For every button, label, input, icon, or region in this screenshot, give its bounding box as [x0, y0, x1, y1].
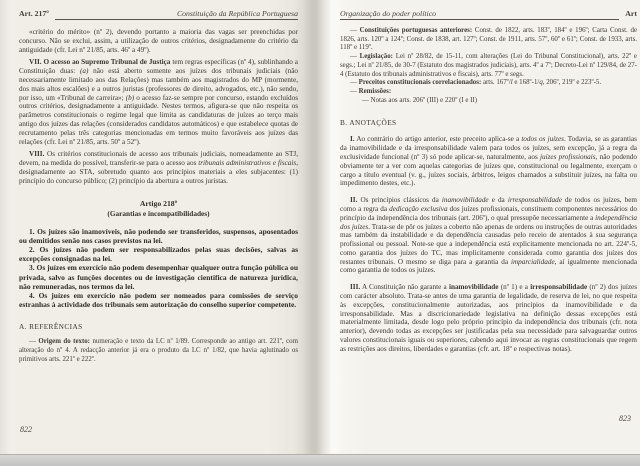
article-subheading: (Garantias e incompatibilidades) [19, 209, 298, 218]
reference-origem: — Origem do texto: numeração e texto da … [19, 338, 298, 364]
article-clauses: 1. Os juízes são inamovíveis, não podend… [19, 227, 298, 310]
paragraph-continuation: «critério do mérito» (nº 2), devendo por… [19, 28, 298, 54]
clause-2: 2. Os juízes não podem ser responsabiliz… [19, 245, 298, 263]
paragraph-vii: VII. O acesso ao Supremo Tribunal de Jus… [19, 58, 298, 146]
scanner-background-strip [0, 454, 640, 466]
section-b-heading: B. ANOTAÇÕES [340, 118, 637, 127]
article-heading: Artigo 218º [19, 199, 298, 208]
annotation-ii: II. Os princípios clássicos da inamovibi… [340, 196, 637, 275]
book-title: Constituição da República Portuguesa [55, 9, 298, 18]
header-rule-right: Organização do poder político [340, 9, 619, 20]
reference-remissoes-nota: — Notas aos arts. 206º (III) e 220º (I e… [340, 97, 637, 106]
paragraph-viii: VIII. Os critérios constitucionais de ac… [19, 150, 298, 185]
reference-legislacao: — Legislação: Lei nº 28/82, de 15-11, co… [340, 53, 637, 79]
clause-1: 1. Os juízes são inamovíveis, não podend… [19, 227, 298, 245]
reference-constituicoes: — Constituições portuguesas anteriores: … [340, 27, 637, 53]
annotation-iii: III. A Constituição não garante a inamov… [340, 283, 637, 353]
running-header-right: Organização do poder político Art [340, 9, 637, 20]
running-header-left: Art. 217º Constituição da República Port… [19, 9, 298, 20]
clause-4: 4. Os juízes em exercício não podem ser … [19, 291, 298, 309]
section-title: Organização do poder político [340, 9, 619, 18]
reference-preceitos: — Preceitos constitucionais correlaciona… [340, 79, 637, 88]
section-a-heading: A. REFERÊNCIAS [19, 322, 298, 331]
reference-remissoes: — Remissões: [340, 88, 637, 97]
page-right: Organização do poder político Art — Cons… [310, 0, 640, 455]
article-ref-right: Art [625, 9, 637, 20]
annotation-i: I. Ao contrário do artigo anterior, este… [340, 135, 637, 188]
page-left: Art. 217º Constituição da República Port… [0, 0, 310, 455]
article-ref-left: Art. 217º [19, 9, 49, 20]
page-number-left: 822 [20, 425, 32, 434]
page-number-right: 823 [619, 414, 631, 423]
header-rule-left: Constituição da República Portuguesa [55, 9, 298, 20]
book-scan: Art. 217º Constituição da República Port… [0, 0, 640, 466]
clause-3: 3. Os juízes em exercício não podem dese… [19, 263, 298, 291]
